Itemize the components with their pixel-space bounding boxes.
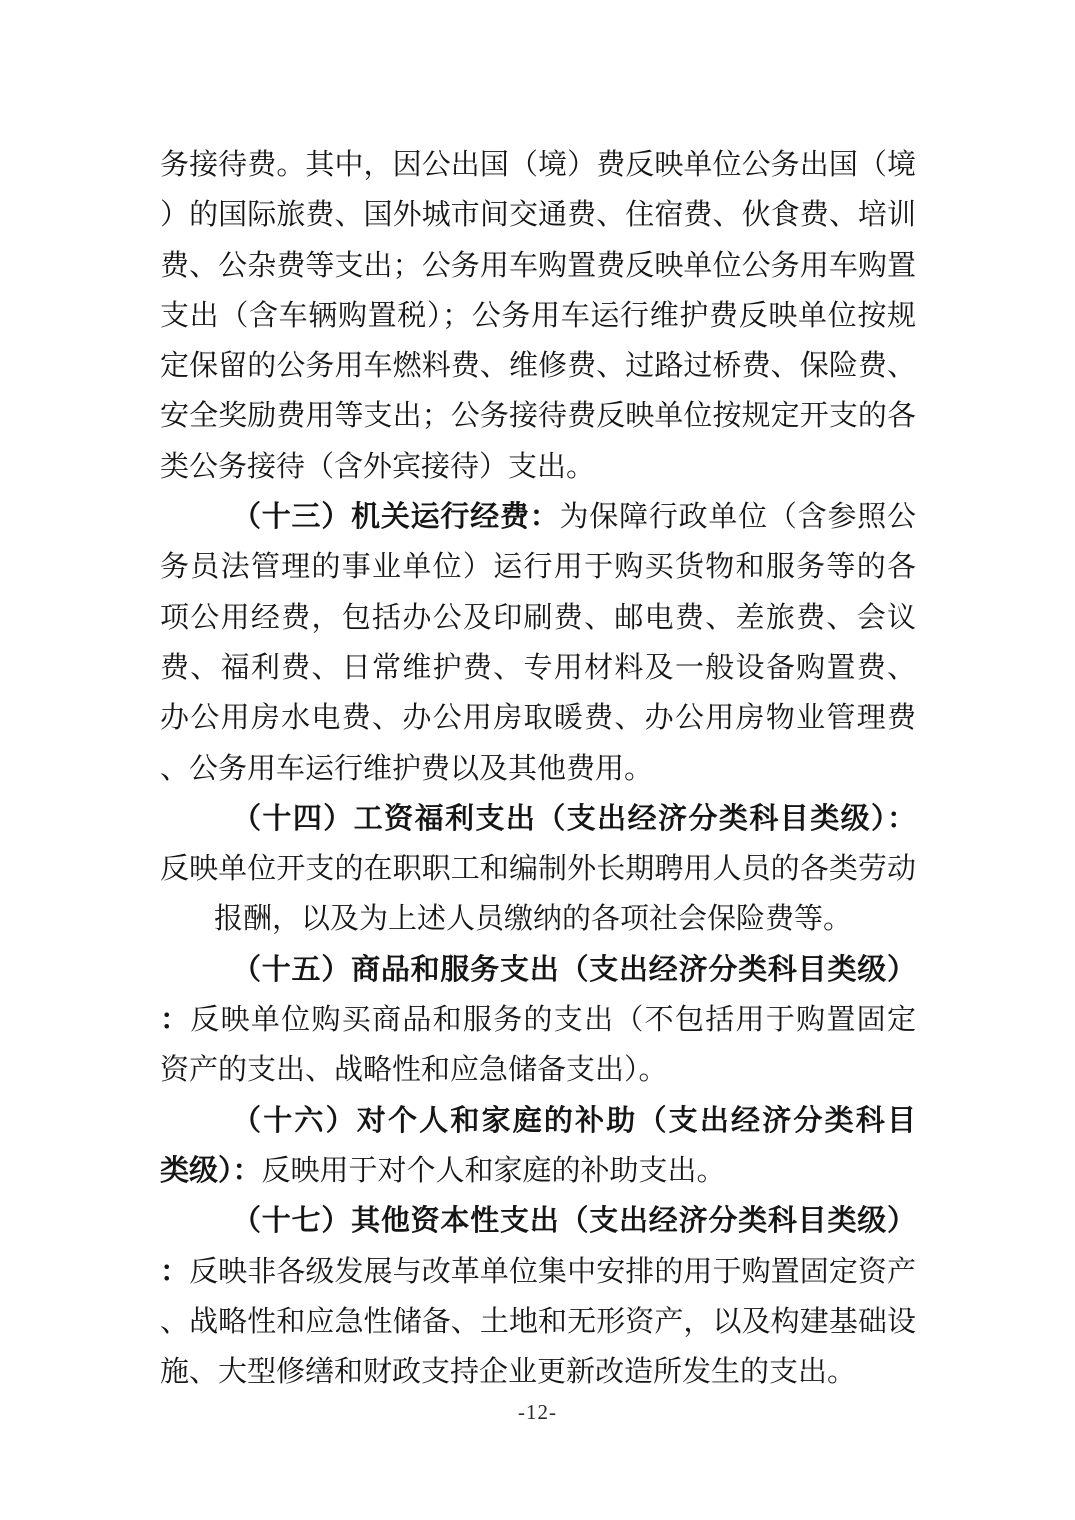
body-text: 务员法管理的事业单位）运行用于购买货物和服务等的各 — [160, 551, 916, 583]
body-text: 项公用经费，包括办公及印刷费、邮电费、差旅费、会议 — [160, 602, 916, 634]
body-text: 定保留的公务用车燃料费、维修费、过路过桥费、保险费、 — [160, 350, 916, 382]
document-page: 务接待费。其中，因公出国（境）费反映单位公务出国（境）的国际旅费、国外城市间交通… — [0, 0, 1075, 1520]
body-text: 、公务用车运行维护费以及其他费用。 — [160, 753, 653, 785]
text-line-16: 报酬，以及为上述人员缴纳的各项社会保险费等。 — [160, 894, 916, 944]
page-number: -12- — [0, 1400, 1075, 1425]
heading-text: （十四）工资福利支出（支出经济分类科目类级）： — [232, 803, 916, 835]
body-text: 反映用于对个人和家庭的补助支出。 — [262, 1155, 726, 1187]
text-line-22: （十七）其他资本性支出（支出经济分类科目类级） — [160, 1196, 916, 1246]
heading-text: （十七）其他资本性支出（支出经济分类科目类级） — [232, 1205, 916, 1237]
text-line-17: （十五）商品和服务支出（支出经济分类科目类级） — [160, 945, 916, 995]
text-line-18: ：反映单位购买商品和服务的支出（不包括用于购置固定 — [160, 995, 916, 1045]
text-line-1: 务接待费。其中，因公出国（境）费反映单位公务出国（境 — [160, 140, 916, 190]
text-line-10: 项公用经费，包括办公及印刷费、邮电费、差旅费、会议 — [160, 593, 916, 643]
body-text: 反映单位开支的在职职工和编制外长期聘用人员的各类劳动 — [160, 853, 916, 885]
text-line-25: 施、大型修缮和财政支持企业更新改造所发生的支出。 — [160, 1347, 916, 1397]
text-block: 务接待费。其中，因公出国（境）费反映单位公务出国（境）的国际旅费、国外城市间交通… — [160, 140, 916, 1397]
heading-text: （十三）机关运行经费： — [232, 501, 560, 533]
body-text: 费、公杂费等支出；公务用车购置费反映单位公务用车购置 — [160, 250, 916, 282]
text-line-23: ：反映非各级发展与改革单位集中安排的用于购置固定资产 — [160, 1247, 916, 1297]
heading-text: （十五）商品和服务支出（支出经济分类科目类级） — [232, 954, 916, 986]
body-text: 费、福利费、日常维护费、专用材料及一般设备购置费、 — [160, 652, 916, 684]
body-text: 办公用房水电费、办公用房取暖费、办公用房物业管理费 — [160, 702, 916, 734]
text-line-2: ）的国际旅费、国外城市间交通费、住宿费、伙食费、培训 — [160, 190, 916, 240]
body-text: 务接待费。其中，因公出国（境）费反映单位公务出国（境 — [160, 149, 916, 181]
body-text: 类公务接待（含外宾接待）支出。 — [160, 451, 595, 483]
text-line-12: 办公用房水电费、办公用房取暖费、办公用房物业管理费 — [160, 693, 916, 743]
body-text: 资产的支出、战略性和应急储备支出）。 — [160, 1054, 668, 1086]
text-line-4: 支出（含车辆购置税）；公务用车运行维护费反映单位按规 — [160, 291, 916, 341]
body-text: 、战略性和应急性储备、土地和无形资产，以及构建基础设 — [160, 1306, 916, 1338]
text-line-7: 类公务接待（含外宾接待）支出。 — [160, 442, 916, 492]
heading-text: （十六）对个人和家庭的补助（支出经济分类科目 — [232, 1105, 916, 1137]
body-text: ）的国际旅费、国外城市间交通费、住宿费、伙食费、培训 — [160, 199, 916, 231]
body-text: 报酬，以及为上述人员缴纳的各项社会保险费等。 — [214, 903, 852, 935]
text-line-3: 费、公杂费等支出；公务用车购置费反映单位公务用车购置 — [160, 241, 916, 291]
heading-text: 类级）： — [160, 1155, 262, 1187]
text-line-21: 类级）：反映用于对个人和家庭的补助支出。 — [160, 1146, 916, 1196]
text-line-11: 费、福利费、日常维护费、专用材料及一般设备购置费、 — [160, 643, 916, 693]
text-line-8: （十三）机关运行经费：为保障行政单位（含参照公 — [160, 492, 916, 542]
heading-text: ： — [160, 1256, 189, 1288]
body-text: 反映非各级发展与改革单位集中安排的用于购置固定资产 — [189, 1256, 916, 1288]
text-line-15: 反映单位开支的在职职工和编制外长期聘用人员的各类劳动 — [160, 844, 916, 894]
text-line-19: 资产的支出、战略性和应急储备支出）。 — [160, 1045, 916, 1095]
body-text: 施、大型修缮和财政支持企业更新改造所发生的支出。 — [160, 1356, 856, 1388]
text-line-20: （十六）对个人和家庭的补助（支出经济分类科目 — [160, 1096, 916, 1146]
body-text: 为保障行政单位（含参照公 — [560, 501, 917, 533]
body-text: 支出（含车辆购置税）；公务用车运行维护费反映单位按规 — [160, 300, 916, 332]
text-line-6: 安全奖励费用等支出；公务接待费反映单位按规定开支的各 — [160, 391, 916, 441]
text-line-24: 、战略性和应急性储备、土地和无形资产，以及构建基础设 — [160, 1297, 916, 1347]
text-line-13: 、公务用车运行维护费以及其他费用。 — [160, 744, 916, 794]
body-text: 安全奖励费用等支出；公务接待费反映单位按规定开支的各 — [160, 400, 916, 432]
heading-text: ： — [160, 1004, 190, 1036]
text-line-14: （十四）工资福利支出（支出经济分类科目类级）： — [160, 794, 916, 844]
text-line-5: 定保留的公务用车燃料费、维修费、过路过桥费、保险费、 — [160, 341, 916, 391]
body-text: 反映单位购买商品和服务的支出（不包括用于购置固定 — [190, 1004, 916, 1036]
text-line-9: 务员法管理的事业单位）运行用于购买货物和服务等的各 — [160, 542, 916, 592]
